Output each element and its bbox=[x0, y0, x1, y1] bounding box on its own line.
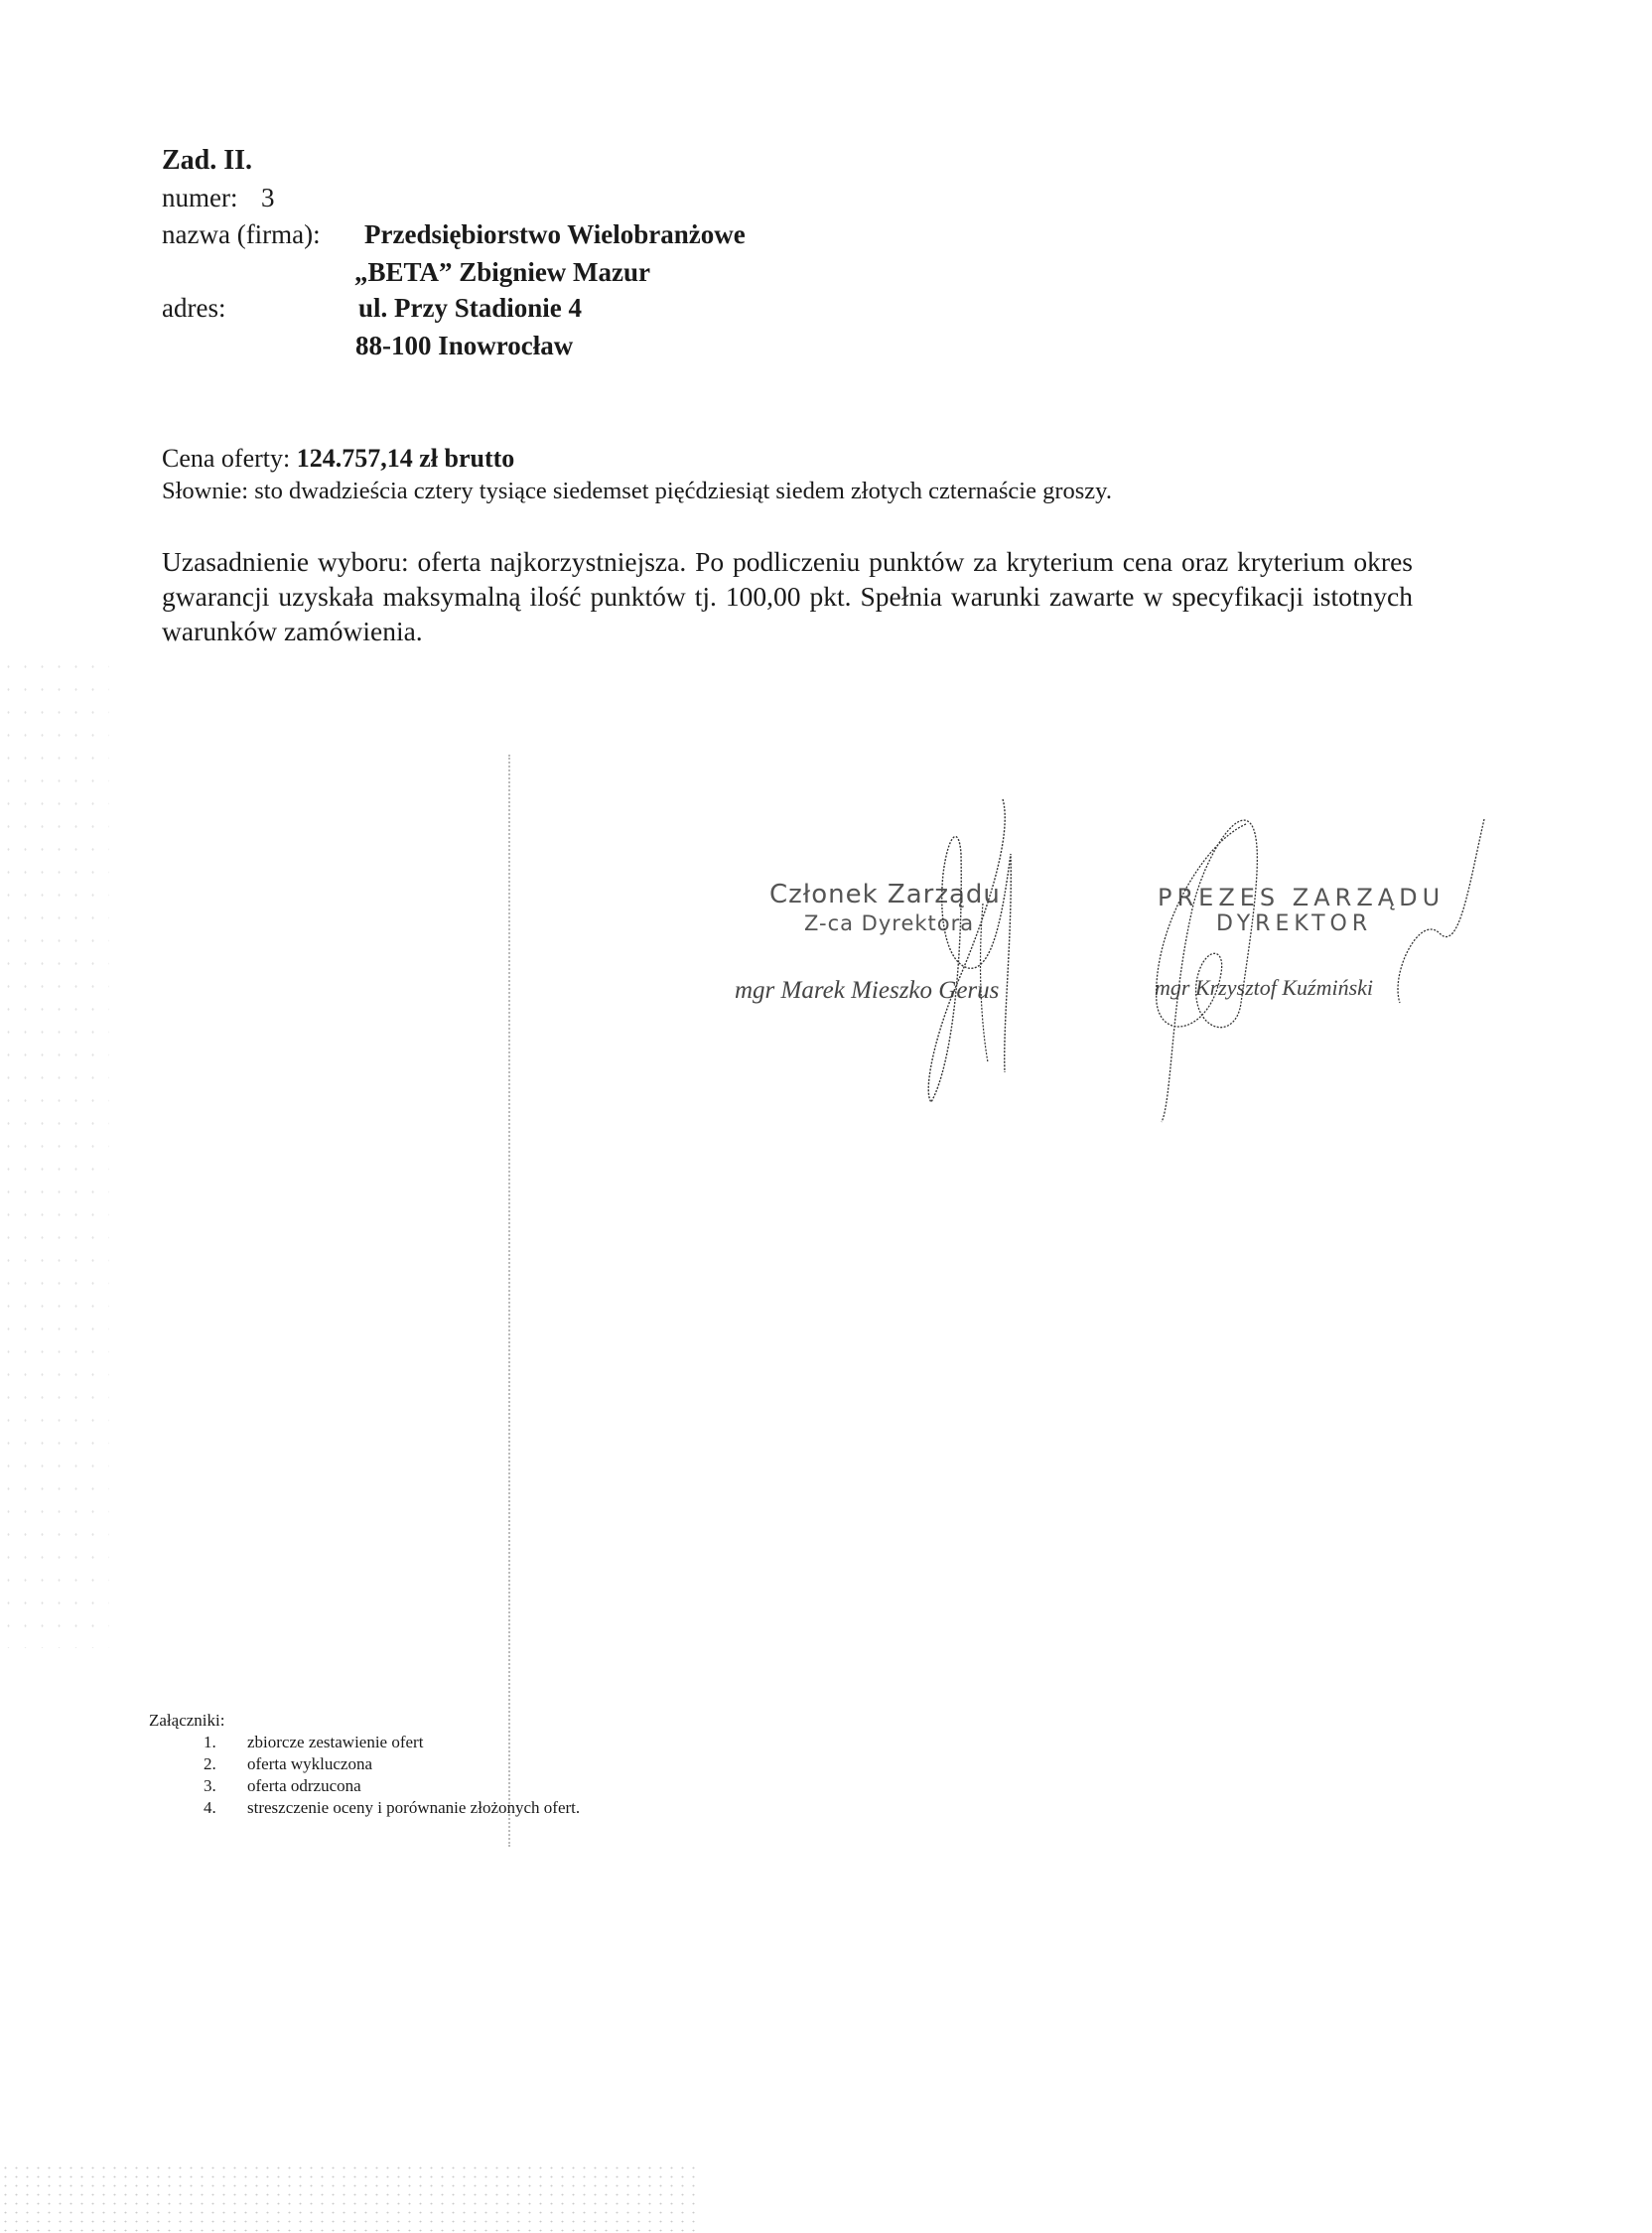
attachment-item: zbiorcze zestawienie ofert bbox=[247, 1733, 423, 1752]
attachment-num: 1. bbox=[204, 1733, 216, 1752]
number-value: 3 bbox=[261, 180, 275, 215]
attachment-num: 4. bbox=[204, 1798, 216, 1818]
company-name-label: nazwa (firma): bbox=[162, 216, 321, 252]
company-name-line2: „BETA” Zbigniew Mazur bbox=[354, 254, 650, 290]
scan-artifact-line bbox=[508, 755, 510, 1847]
attachment-item: oferta odrzucona bbox=[247, 1776, 361, 1796]
scan-noise-bottom bbox=[0, 2163, 695, 2233]
attachment-item: oferta wykluczona bbox=[247, 1754, 372, 1774]
price-words-line: Słownie: sto dwadzieścia cztery tysiące … bbox=[162, 475, 1112, 508]
handwritten-signature-2 bbox=[1142, 804, 1499, 1132]
address-label: adres: bbox=[162, 290, 225, 326]
price-words-label: Słownie: bbox=[162, 478, 248, 504]
number-label: numer: bbox=[162, 180, 237, 215]
attachment-num: 3. bbox=[204, 1776, 216, 1796]
company-name-line1: Przedsiębiorstwo Wielobranżowe bbox=[364, 216, 746, 252]
attachment-num: 2. bbox=[204, 1754, 216, 1774]
price-value: 124.757,14 zł brutto bbox=[297, 444, 515, 473]
selection-justification: Uzasadnienie wyboru: oferta najkorzystni… bbox=[162, 544, 1413, 648]
scan-noise-left bbox=[0, 655, 109, 1648]
address-line1: ul. Przy Stadionie 4 bbox=[358, 290, 582, 326]
attachment-item: streszczenie oceny i porównanie złożonyc… bbox=[247, 1798, 580, 1818]
scanned-document-page: Zad. II. numer: 3 nazwa (firma): Przedsi… bbox=[0, 0, 1652, 2233]
handwritten-signature-1 bbox=[894, 794, 1052, 1112]
price-words: sto dwadzieścia cztery tysiące siedemset… bbox=[254, 478, 1112, 504]
attachments-title: Załączniki: bbox=[149, 1711, 224, 1731]
task-heading: Zad. II. bbox=[162, 143, 252, 179]
price-line: Cena oferty: 124.757,14 zł brutto bbox=[162, 442, 514, 476]
price-label: Cena oferty: bbox=[162, 444, 290, 473]
address-line2: 88-100 Inowrocław bbox=[355, 328, 573, 363]
